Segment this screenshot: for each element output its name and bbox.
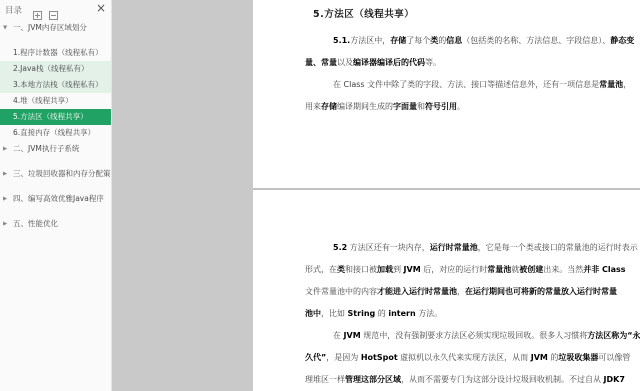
toc-item-label: 一、JVM内存区域划分: [13, 23, 87, 32]
document-page[interactable]: 5.方法区（线程共享） 5.1.方法区中，存储了每个类的信息（包括类的名称、方法…: [253, 0, 640, 391]
toc-item[interactable]: ▶二、JVM执行子系统: [0, 141, 111, 166]
collapse-all-icon[interactable]: [49, 5, 58, 14]
page2-text: 5.2 方法区还有一块内存，运行时常量池，它是每一个类或接口的常量池的运行时表示…: [305, 240, 640, 391]
text-line: 在 Class 文件中除了类的字段、方法、接口等描述信息外，还有一项信息是常量池…: [305, 77, 640, 99]
text-line: 在 JVM 规范中，没有强制要求方法区必须实现垃圾回收。很多人习惯将方法区称为“…: [305, 328, 640, 350]
toc-item[interactable]: 2.Java栈（线程私有）: [0, 61, 111, 77]
text-line: 理堆区一样管理这部分区域，从而不需要专门为这部分设计垃圾回收机制。不过自从 JD…: [305, 372, 640, 391]
toc-pane: 目录 × ▼一、JVM内存区域划分1.程序计数器（线程私有）2.Java栈（线程…: [0, 0, 112, 391]
toc-item-label: 1.程序计数器（线程私有）: [13, 48, 103, 57]
toc-item-label: 3.本地方法栈（线程私有）: [13, 80, 103, 89]
expand-node-icon[interactable]: ▶: [3, 216, 7, 232]
toc-item[interactable]: 5.方法区（线程共享）: [0, 109, 111, 125]
text-line: 量、常量以及编译器编译后的代码等。: [305, 55, 640, 77]
text-line: 池中，比如 String 的 intern 方法。: [305, 306, 640, 328]
section-heading: 5.方法区（线程共享）: [313, 6, 414, 20]
expand-node-icon[interactable]: ▶: [3, 166, 7, 182]
text-line: 用来存储编译期间生成的字面量和符号引用。: [305, 99, 640, 121]
toc-item-label: 6.直接内存（线程共享）: [13, 128, 95, 137]
toc-item-label: 4.堆（线程共享）: [13, 96, 73, 105]
text-line: 久代”，是因为 HotSpot 虚拟机以永久代来实现方法区，从而 JVM 的垃圾…: [305, 350, 640, 372]
collapse-node-icon[interactable]: ▼: [3, 20, 7, 36]
toc-item[interactable]: 6.直接内存（线程共享）: [0, 125, 111, 141]
toc-item-label: 四、编写高效优雅Java程序: [13, 194, 104, 203]
toc-item[interactable]: ▶四、编写高效优雅Java程序: [0, 191, 111, 216]
toc-item[interactable]: 3.本地方法栈（线程私有）: [0, 77, 111, 93]
page-break-line[interactable]: [253, 188, 640, 190]
toc-pane-title: 目录: [5, 4, 22, 16]
expand-all-icon[interactable]: [33, 5, 42, 14]
toc-toolbar: [33, 5, 58, 14]
toc-pane-header: 目录 ×: [0, 0, 111, 19]
text-line: 形式，在类和接口被加载到 JVM 后，对应的运行时常量池就被创建出来。当然并非 …: [305, 262, 640, 284]
toc-item-label: 五、性能优化: [13, 219, 58, 228]
document-canvas: 5.方法区（线程共享） 5.1.方法区中，存储了每个类的信息（包括类的名称、方法…: [112, 0, 640, 391]
toc-tree: ▼一、JVM内存区域划分1.程序计数器（线程私有）2.Java栈（线程私有）3.…: [0, 20, 111, 241]
toc-item[interactable]: 1.程序计数器（线程私有）: [0, 45, 111, 61]
close-icon[interactable]: ×: [96, 1, 106, 15]
toc-item[interactable]: ▶五、性能优化: [0, 216, 111, 241]
expand-node-icon[interactable]: ▶: [3, 141, 7, 157]
text-line: 5.1.方法区中，存储了每个类的信息（包括类的名称、方法信息、字段信息）、静态变: [305, 33, 640, 55]
toc-item-label: 三、垃圾回收器和内存分配策略: [13, 169, 111, 178]
toc-item[interactable]: ▶三、垃圾回收器和内存分配策略: [0, 166, 111, 191]
toc-item[interactable]: 4.堆（线程共享）: [0, 93, 111, 109]
text-line: 5.2 方法区还有一块内存，运行时常量池，它是每一个类或接口的常量池的运行时表示: [305, 240, 640, 262]
toc-item[interactable]: ▼一、JVM内存区域划分: [0, 20, 111, 45]
toc-item-label: 二、JVM执行子系统: [13, 144, 79, 153]
toc-item-label: 5.方法区（线程共享）: [13, 112, 88, 121]
text-line: 文件常量池中的内容才能进入运行时常量池，在运行期间也可将新的常量放入运行时常量: [305, 284, 640, 306]
expand-node-icon[interactable]: ▶: [3, 191, 7, 207]
page1-text: 5.1.方法区中，存储了每个类的信息（包括类的名称、方法信息、字段信息）、静态变…: [305, 33, 640, 121]
toc-item-label: 2.Java栈（线程私有）: [13, 64, 89, 73]
